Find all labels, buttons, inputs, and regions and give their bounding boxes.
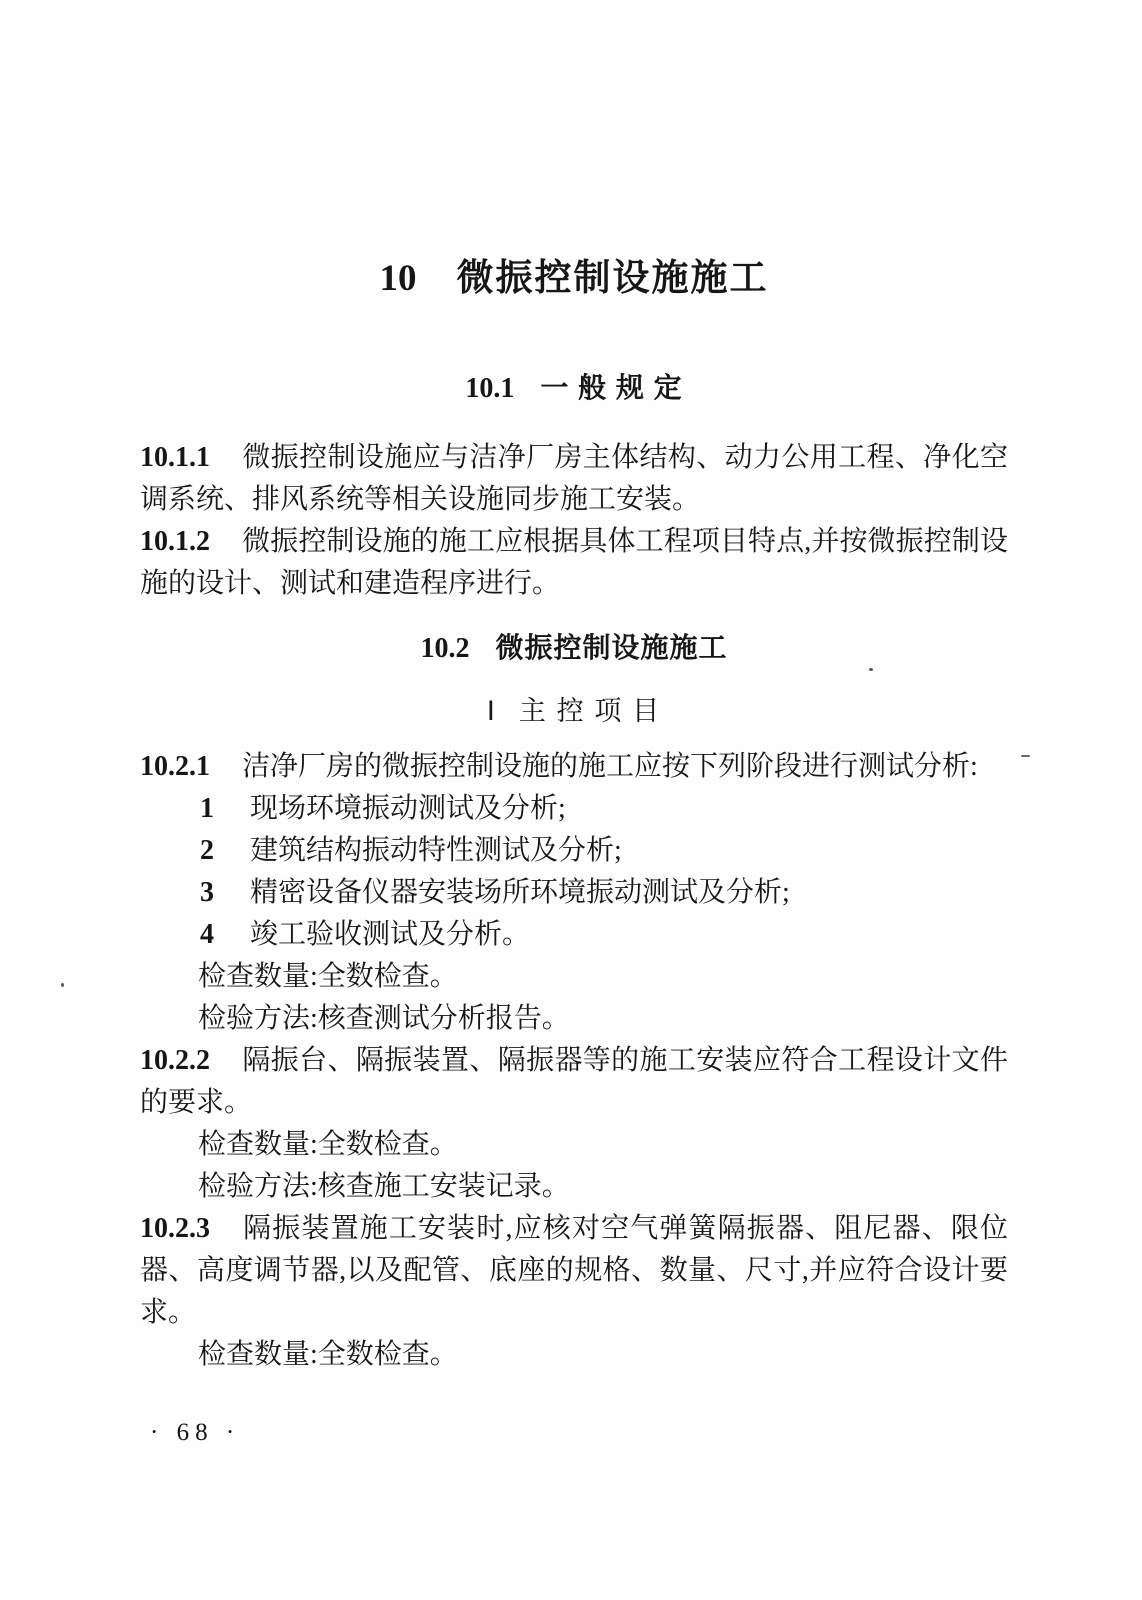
section-heading-10-2: 10.2微振控制设施施工	[140, 633, 1008, 664]
check-quantity-line: 检查数量:全数检查。	[140, 956, 1008, 998]
page-content: 10微振控制设施施工 10.1一 般 规 定 10.1.1微振控制设施应与洁净厂…	[140, 0, 1008, 1376]
clause-10-2-1: 10.2.1洁净厂房的微振控制设施的施工应按下列阶段进行测试分析:	[140, 746, 1008, 788]
clause-number: 10.2.3	[140, 1213, 210, 1244]
document-page: 10微振控制设施施工 10.1一 般 规 定 10.1.1微振控制设施应与洁净厂…	[0, 0, 1142, 1600]
list-item-number: 2	[200, 835, 214, 866]
section-10-1-title: 一 般 规 定	[540, 372, 682, 403]
clause-text: 洁净厂房的微振控制设施的施工应按下列阶段进行测试分析:	[242, 751, 978, 782]
clause-text: 隔振装置施工安装时,应核对空气弹簧隔振器、阻尼器、限位器、高度调节器,以及配管、…	[140, 1213, 1008, 1328]
section-10-2-title: 微振控制设施施工	[495, 632, 727, 663]
page-number: · 68 ·	[150, 1419, 240, 1447]
chapter-name: 微振控制设施施工	[457, 257, 769, 298]
list-item-number: 4	[200, 919, 214, 950]
check-method-line: 检验方法:核查测试分析报告。	[140, 998, 1008, 1040]
check-method-line: 检验方法:核查施工安装记录。	[140, 1166, 1008, 1208]
scan-speck	[1021, 755, 1030, 757]
list-item-2: 2建筑结构振动特性测试及分析;	[140, 830, 1008, 872]
subsection-label: 主 控 项 目	[519, 696, 661, 726]
clause-number: 10.2.1	[140, 751, 210, 782]
scan-speck	[279, 771, 282, 774]
list-item-3: 3精密设备仪器安装场所环境振动测试及分析;	[140, 872, 1008, 914]
clause-text: 微振控制设施应与洁净厂房主体结构、动力公用工程、净化空调系统、排风系统等相关设施…	[140, 442, 1008, 515]
chapter-title: 10微振控制设施施工	[140, 256, 1008, 301]
subsection-heading-main-control-items: Ⅰ主 控 项 目	[140, 697, 1008, 725]
scan-speck	[61, 983, 64, 987]
clause-10-1-2: 10.1.2微振控制设施的施工应根据具体工程项目特点,并按微振控制设施的设计、测…	[140, 521, 1008, 605]
list-item-number: 3	[200, 877, 214, 908]
list-item-1: 1现场环境振动测试及分析;	[140, 788, 1008, 830]
clause-number: 10.1.2	[140, 526, 210, 557]
list-item-4: 4竣工验收测试及分析。	[140, 914, 1008, 956]
list-item-text: 竣工验收测试及分析。	[250, 919, 530, 950]
clause-text: 微振控制设施的施工应根据具体工程项目特点,并按微振控制设施的设计、测试和建造程序…	[140, 526, 1008, 599]
check-quantity-line: 检查数量:全数检查。	[140, 1334, 1008, 1376]
list-item-text: 现场环境振动测试及分析;	[250, 793, 566, 824]
chapter-number: 10	[380, 258, 417, 299]
section-10-1-number: 10.1	[465, 373, 514, 404]
clause-10-2-2: 10.2.2隔振台、隔振装置、隔振器等的施工安装应符合工程设计文件的要求。	[140, 1040, 1008, 1124]
clause-number: 10.2.2	[140, 1045, 210, 1076]
list-item-number: 1	[200, 793, 214, 824]
list-item-text: 精密设备仪器安装场所环境振动测试及分析;	[250, 877, 790, 908]
subsection-roman-numeral: Ⅰ	[487, 696, 497, 726]
clause-10-1-1: 10.1.1微振控制设施应与洁净厂房主体结构、动力公用工程、净化空调系统、排风系…	[140, 437, 1008, 521]
check-quantity-line: 检查数量:全数检查。	[140, 1124, 1008, 1166]
list-item-text: 建筑结构振动特性测试及分析;	[250, 835, 622, 866]
section-heading-10-1: 10.1一 般 规 定	[140, 373, 1008, 404]
clause-text: 隔振台、隔振装置、隔振器等的施工安装应符合工程设计文件的要求。	[140, 1045, 1008, 1118]
clause-10-2-3: 10.2.3隔振装置施工安装时,应核对空气弹簧隔振器、阻尼器、限位器、高度调节器…	[140, 1208, 1008, 1334]
scan-speck	[869, 668, 873, 671]
clause-number: 10.1.1	[140, 442, 210, 473]
section-10-2-number: 10.2	[420, 633, 469, 664]
